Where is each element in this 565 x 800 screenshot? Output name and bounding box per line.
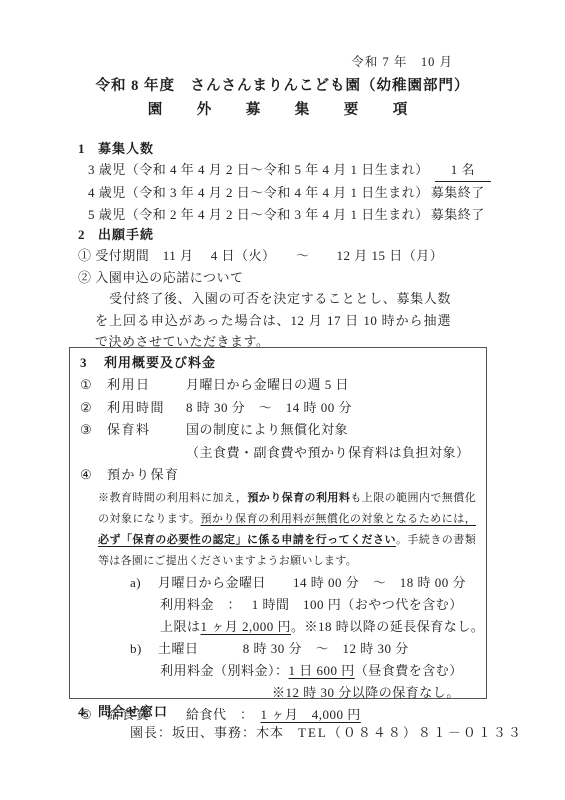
saturday-schedule-line: b)土曜日 8 時 30 分 ～ 12 時 30 分	[70, 638, 486, 660]
saturday-fee-label: 利用料金（別料金）：	[160, 663, 289, 678]
item1-circled-number: ①	[78, 248, 92, 263]
row4-label: 預かり保育	[107, 464, 180, 487]
section3-heading: 3利用概要及び料金	[70, 352, 486, 374]
section4-number: 4	[78, 704, 98, 720]
note-seg2-bold: 預かり保育の利用料	[247, 492, 350, 504]
cap-value: 1 ヶ月 2,000 円	[201, 619, 292, 634]
fees-row-usage-hours: ② 利用時間 8 時 30 分 ～ 14 時 00 分	[70, 397, 486, 420]
saturday-fee-value: 1 日 600 円	[289, 663, 355, 678]
contact-names: 園長：坂田、事務：木本	[130, 725, 284, 740]
row4-circled-number: ④	[80, 464, 107, 487]
saturday-fee-suffix: （昼食費を含む）	[355, 663, 463, 678]
section1-title: 募集人数	[98, 141, 154, 156]
note-seg4-underline: 預かり保育の利用料が無償化の対象となるためには，	[201, 513, 477, 525]
section1-heading: 1募集人数	[78, 138, 154, 157]
application-paragraph-text: 受付終了後、入園の可否を決定することとし、募集人数を上回る申込があった場合は、1…	[95, 291, 451, 349]
cap-prefix: 上限は	[160, 619, 201, 634]
meal-sub-label: 給食代 ：	[186, 707, 261, 722]
section4-heading: 4問合せ窓口	[78, 701, 168, 720]
fees-row-extended-care: ④ 預かり保育	[70, 464, 486, 487]
section3-title: 利用概要及び料金	[104, 355, 216, 370]
weekday-schedule-line: a)月曜日から金曜日 14 時 00 分 ～ 18 時 00 分	[70, 572, 486, 594]
document-page: 令和 7 年 10 月 令和 8 年度 さんさんまりんこども園（幼稚園部門） 園…	[0, 0, 565, 800]
note-seg1: ※教育時間の利用料に加え，	[98, 492, 247, 504]
recruitment-list: 3 歳児（令和 4 年 4 月 2 日～令和 5 年 4 月 1 日生まれ）1 …	[88, 159, 491, 226]
weekday-tag: a)	[130, 572, 146, 594]
item2-text: 入園申込の応諾について	[95, 270, 243, 285]
extended-care-note: ※教育時間の利用料に加え，預かり保育の利用料も上限の範囲内で無償化の対象になりま…	[98, 488, 476, 572]
row2-value: 8 時 30 分 ～ 14 時 00 分	[186, 397, 486, 420]
row3-supplement: （主食費・副食費や預かり保育料は負担対象）	[70, 442, 486, 465]
weekday-days-time: 月曜日から金曜日 14 時 00 分 ～ 18 時 00 分	[158, 575, 466, 590]
application-item2: ② 入園申込の応諾について	[78, 267, 443, 289]
row2-label: 利用時間	[107, 397, 186, 420]
issue-date: 令和 7 年 10 月	[351, 52, 453, 70]
row3-value: 国の制度により無償化対象	[186, 419, 486, 442]
recruitment-row-age3: 3 歳児（令和 4 年 4 月 2 日～令和 5 年 4 月 1 日生まれ）1 …	[88, 159, 491, 182]
age3-label: 3 歳児（令和 4 年 4 月 2 日～令和 5 年 4 月 1 日生まれ）	[88, 162, 429, 177]
section4-title: 問合せ窓口	[98, 704, 168, 719]
section1-number: 1	[78, 141, 98, 157]
section2-number: 2	[78, 227, 98, 243]
note-seg5-bold-underline: 必ず「保育の必要性の認定」に係る申請を行ってください	[98, 534, 396, 546]
fees-row-childcare-fee: ③ 保育料 国の制度により無償化対象	[70, 419, 486, 442]
age4-label: 4 歳児（令和 3 年 4 月 2 日～令和 4 年 4 月 1 日生まれ）	[88, 185, 429, 200]
document-subtitle: 園 外 募 集 要 項	[0, 98, 565, 119]
application-paragraph: 受付終了後、入園の可否を決定することとし、募集人数を上回る申込があった場合は、1…	[95, 288, 451, 353]
row1-circled-number: ①	[80, 374, 107, 397]
fees-row-usage-day: ① 利用日 月曜日から金曜日の週 5 日	[70, 374, 486, 397]
item1-text: 受付期間 11 月 4 日（火） ～ 12 月 15 日（月）	[95, 248, 443, 263]
saturday-tag: b)	[130, 638, 146, 660]
fees-box: 3利用概要及び料金 ① 利用日 月曜日から金曜日の週 5 日 ② 利用時間 8 …	[69, 347, 487, 699]
age5-status: 募集終了	[431, 207, 485, 222]
application-item1: ① 受付期間 11 月 4 日（火） ～ 12 月 15 日（月）	[78, 245, 443, 267]
meal-fee-value: 1 ヶ月 4,000 円	[261, 707, 361, 722]
recruitment-row-age4: 4 歳児（令和 3 年 4 月 2 日～令和 4 年 4 月 1 日生まれ）募集…	[88, 182, 491, 204]
section2-heading: 2出願手続	[78, 224, 154, 243]
section2-title: 出願手続	[98, 227, 154, 242]
contact-phone: TEL（０８４８）８１－０１３３	[298, 725, 523, 740]
weekday-cap-line: 上限は1 ヶ月 2,000 円。※18 時以降の延長保育なし。	[70, 616, 486, 638]
recruitment-row-age5: 5 歳児（令和 2 年 4 月 2 日～令和 3 年 4 月 1 日生まれ）募集…	[88, 204, 491, 226]
item2-circled-number: ②	[78, 270, 92, 285]
row3-label: 保育料	[107, 419, 186, 442]
cap-suffix: 。※18 時以降の延長保育なし。	[291, 619, 484, 634]
row2-circled-number: ②	[80, 397, 107, 420]
document-title: 令和 8 年度 さんさんまりんこども園（幼稚園部門）	[0, 74, 565, 95]
row3-circled-number: ③	[80, 419, 107, 442]
age4-status: 募集終了	[431, 185, 485, 200]
row1-label: 利用日	[107, 374, 186, 397]
age3-capacity: 1 名	[435, 159, 491, 182]
contact-info: 園長：坂田、事務：木本 TEL（０８４８）８１－０１３３	[130, 722, 523, 741]
saturday-fee-line: 利用料金（別料金）：1 日 600 円（昼食費を含む）	[70, 660, 486, 682]
row1-value: 月曜日から金曜日の週 5 日	[186, 374, 486, 397]
age5-label: 5 歳児（令和 2 年 4 月 2 日～令和 3 年 4 月 1 日生まれ）	[88, 207, 429, 222]
application-items: ① 受付期間 11 月 4 日（火） ～ 12 月 15 日（月） ② 入園申込…	[78, 245, 443, 288]
section3-number: 3	[80, 352, 104, 374]
weekday-fee-line: 利用料金 ： 1 時間 100 円（おやつ代を含む）	[70, 594, 486, 616]
saturday-days-time: 土曜日 8 時 30 分 ～ 12 時 30 分	[158, 641, 409, 656]
